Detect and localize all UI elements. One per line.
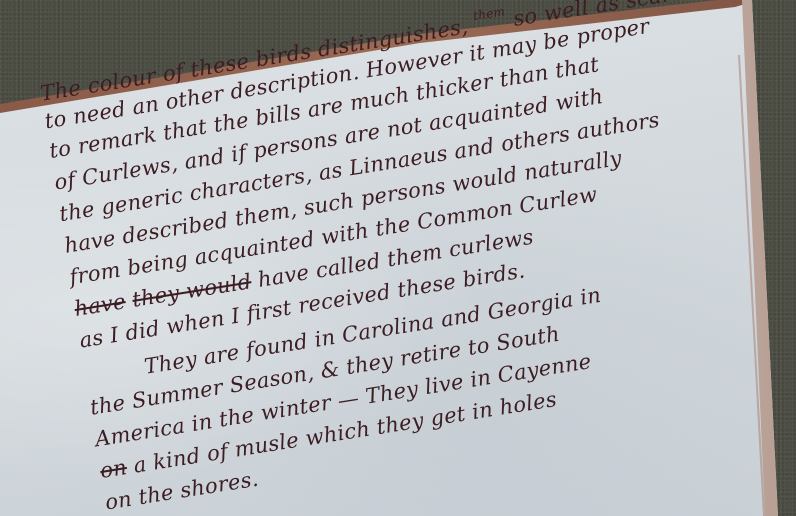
photo-scene: The colour of these birds distinguishes,…	[0, 0, 796, 516]
struck-word: have	[73, 289, 128, 321]
struck-word: on	[98, 455, 128, 483]
inserted-word: them	[472, 4, 506, 23]
